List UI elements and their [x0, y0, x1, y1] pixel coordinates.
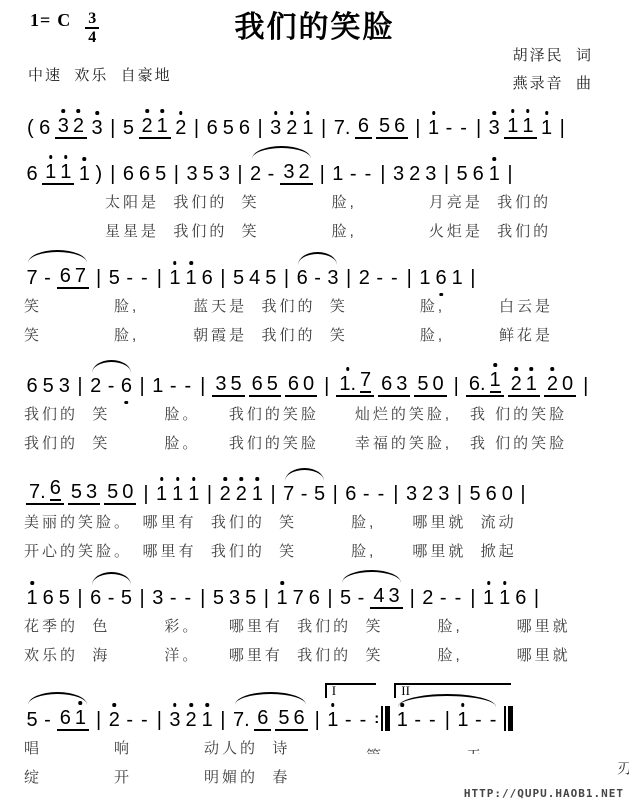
octave-dot-above	[493, 363, 497, 367]
octave-dot-above	[145, 109, 149, 113]
barline: |	[157, 709, 162, 731]
barline: |	[320, 163, 325, 185]
note: 1	[152, 375, 163, 397]
key-prefix: 1=	[30, 10, 51, 31]
note: 6	[139, 163, 150, 185]
octave-dot-above	[401, 703, 405, 707]
note: 3	[215, 373, 226, 395]
note: 6	[90, 587, 101, 609]
music-line-6: 165|6-5|3--|535|176|5-43|2--|116|	[0, 570, 629, 612]
barline: |	[507, 163, 512, 185]
lyric-line-verse1: 花季的 色 彩。 哪里有 我们的 笑 脸, 哪里就	[0, 613, 629, 641]
barline: |	[284, 267, 289, 289]
barline: |	[140, 375, 145, 397]
key-signature: 1= C 3 4	[30, 10, 99, 46]
note: 7.	[233, 709, 250, 731]
octave-dot-above	[290, 111, 294, 115]
note: 1	[507, 115, 518, 137]
partial-covered-char: 天	[466, 745, 481, 754]
lyric-line-verse2: 开心的笑脸。 哪里有 我们的 笑 脸, 哪里就 掀起	[0, 538, 629, 566]
note: 6	[436, 267, 447, 289]
octave-dot-above	[331, 703, 335, 707]
note: 5	[121, 587, 132, 609]
note: 7	[283, 483, 294, 505]
beam-group: 7.6	[26, 477, 64, 505]
slur-group: 7-67	[24, 265, 91, 289]
note: 1	[157, 115, 168, 137]
octave-dot-above	[160, 109, 164, 113]
note: 6	[202, 267, 213, 289]
note: 2	[142, 115, 153, 137]
octave-dot-above	[432, 111, 436, 115]
note: 1	[79, 163, 90, 185]
note: 2	[73, 115, 84, 137]
beam-group: 6.1	[466, 369, 504, 397]
barline: |	[77, 587, 82, 609]
barline: |	[520, 483, 525, 505]
edge-partial-char: 刃	[617, 757, 629, 778]
beam-group: 32	[280, 161, 312, 185]
barline: |	[77, 375, 82, 397]
note: 5	[109, 267, 120, 289]
note: 2	[359, 267, 370, 289]
barline: |	[200, 587, 205, 609]
barline: |	[327, 587, 332, 609]
note: 6	[27, 163, 38, 185]
beam-group: 43	[370, 585, 402, 609]
octave-dot-above	[551, 367, 555, 371]
dash: -	[363, 483, 370, 505]
note: 2	[422, 483, 433, 505]
octave-dot-above	[176, 477, 180, 481]
note: 7	[75, 265, 86, 287]
barline: |	[207, 483, 212, 505]
dash: -	[440, 587, 447, 609]
octave-dot-above	[530, 367, 534, 371]
barline: |	[321, 117, 326, 139]
barline: |	[393, 483, 398, 505]
volta-bracket: I1--	[325, 709, 370, 731]
slur-group: 7.656	[231, 707, 310, 731]
dash: -	[345, 709, 352, 731]
note: 5	[379, 115, 390, 137]
time-denominator: 4	[85, 29, 99, 46]
note: 5	[470, 483, 481, 505]
note: 1	[188, 483, 199, 505]
time-signature: 3 4	[85, 10, 99, 46]
note: 6	[394, 115, 405, 137]
note: 7	[293, 587, 304, 609]
volta-bracket: II1--|1--	[394, 709, 500, 731]
octave-dot-above	[64, 155, 68, 159]
note: 3	[406, 483, 417, 505]
barline: |	[96, 709, 101, 731]
composer-credit: 燕录音 曲	[513, 72, 593, 93]
lyric-line-verse2: 笑 脸, 朝霞是 我们的 笑 脸, 鲜花是	[0, 322, 629, 350]
barline: |	[220, 709, 225, 731]
note: 2	[90, 375, 101, 397]
octave-dot-above	[306, 111, 310, 115]
note: 6	[293, 707, 304, 729]
note: 1	[202, 709, 213, 731]
note: 7	[27, 267, 38, 289]
note: 6	[27, 375, 38, 397]
note: 3	[388, 585, 399, 607]
note: 1	[75, 707, 86, 729]
note: 6	[257, 707, 268, 729]
note: 2	[298, 161, 309, 183]
dash: -	[126, 267, 133, 289]
note: 5	[43, 375, 54, 397]
octave-dot-above	[511, 109, 515, 113]
octave-dot-above	[95, 111, 99, 115]
octave-dot-above	[461, 703, 465, 707]
note: 3	[489, 117, 500, 139]
note: 3	[169, 709, 180, 731]
octave-dot-above	[83, 157, 87, 161]
beam-group: 50	[104, 481, 136, 505]
octave-dot-above	[160, 477, 164, 481]
note: 1	[186, 267, 197, 289]
note: 2	[109, 709, 120, 731]
slur-group: 2-32	[248, 161, 315, 185]
note: 5	[340, 587, 351, 609]
dash: -	[376, 267, 383, 289]
octave-dot-above	[189, 261, 193, 265]
barline: |	[454, 375, 459, 397]
music-line-1: (6323|5212|656|321|7.656|1--|3111|	[0, 100, 629, 142]
note: 6	[288, 373, 299, 395]
dash: -	[268, 163, 275, 185]
slur-group: 5-43	[338, 585, 405, 609]
note: 1	[252, 483, 263, 505]
octave-dot-above	[173, 703, 177, 707]
octave-dot-above	[223, 477, 227, 481]
octave-dot-below	[125, 401, 129, 405]
beam-group: 56	[376, 115, 408, 139]
dash: -	[391, 267, 398, 289]
octave-dot-above	[79, 701, 83, 705]
note: 6	[358, 115, 369, 137]
barline: |	[445, 709, 450, 731]
note: 2	[220, 483, 231, 505]
slur-group: 6-5	[88, 587, 135, 609]
note: 7.	[29, 481, 46, 503]
dash: -	[429, 709, 436, 731]
octave-dot-above	[179, 111, 183, 115]
paren: (	[27, 117, 34, 139]
note: 1	[541, 117, 552, 139]
barline: |	[457, 483, 462, 505]
beam-group: 53	[68, 481, 100, 505]
dash: -	[360, 709, 367, 731]
tempo-marking: 中速 欢乐 自豪地	[28, 64, 172, 85]
note: 1	[490, 369, 501, 393]
note: 1	[169, 267, 180, 289]
note: 2	[422, 587, 433, 609]
octave-dot-above	[240, 477, 244, 481]
beam-group: 61	[57, 707, 89, 731]
octave-dot-above	[280, 581, 284, 585]
octave-dot-above	[493, 157, 497, 161]
dash: -	[414, 709, 421, 731]
note: 1	[419, 267, 430, 289]
note: 7	[360, 369, 371, 393]
octave-dot-above	[189, 703, 193, 707]
dash: -	[350, 163, 357, 185]
note: 6	[60, 707, 71, 729]
octave-dot-above	[62, 109, 66, 113]
octave-dot-above	[256, 477, 260, 481]
dash: -	[455, 587, 462, 609]
note: 2	[547, 373, 558, 395]
note: 1	[483, 587, 494, 609]
octave-dot-below	[439, 293, 443, 297]
dash: -	[185, 375, 192, 397]
song-title: 我们的笑脸	[235, 2, 395, 46]
beam-group: 63	[378, 373, 410, 397]
note: 2	[175, 117, 186, 139]
sheet-music-page: 1= C 3 4 我们的笑脸 胡泽民 词 中速 欢乐 自豪地 燕录音 曲 (63…	[0, 0, 629, 805]
music-line-5: 7.65350|111|221|7-5|6--|323|560|	[0, 462, 629, 508]
note: 4	[249, 267, 260, 289]
dash: -	[141, 267, 148, 289]
beam-group: 11	[42, 161, 74, 185]
note: 3	[396, 373, 407, 395]
note: 5	[314, 483, 325, 505]
paren: )	[96, 163, 103, 185]
repeat-end-barline: :	[374, 706, 390, 731]
note: 3	[58, 115, 69, 137]
octave-dot-above	[77, 109, 81, 113]
note: 5	[27, 709, 38, 731]
note: 1.	[339, 373, 356, 395]
dash: -	[301, 483, 308, 505]
dash: -	[170, 375, 177, 397]
note: 1	[428, 117, 439, 139]
note: 2	[186, 709, 197, 731]
octave-dot-above	[113, 703, 117, 707]
barline: |	[200, 375, 205, 397]
watermark-url: HTTP://QUPU.HAOB1.NET	[464, 787, 624, 800]
beam-group: 21	[139, 115, 171, 139]
note: 4	[373, 585, 384, 607]
note: 3	[152, 587, 163, 609]
barline: |	[583, 375, 588, 397]
lyric-line-verse1: 太阳是 我们的 笑 脸, 月亮是 我们的	[0, 189, 629, 217]
octave-dot-above	[487, 581, 491, 585]
lyricist-credit: 胡泽民 词	[513, 44, 593, 65]
note: 2	[286, 117, 297, 139]
beam-group: 56	[275, 707, 307, 731]
note: 6	[239, 117, 250, 139]
note: 5	[231, 373, 242, 395]
barline: |	[444, 163, 449, 185]
note: 3	[59, 375, 70, 397]
octave-dot-above	[492, 111, 496, 115]
barline: |	[96, 267, 101, 289]
note: 1	[526, 373, 537, 395]
barline: |	[257, 117, 262, 139]
octave-dot-above	[346, 367, 350, 371]
note: 6	[43, 587, 54, 609]
beam-group: 6	[254, 707, 271, 731]
note: 1	[397, 709, 408, 731]
beam-group: 60	[285, 373, 317, 397]
barline: |	[315, 709, 320, 731]
note: 5	[107, 481, 118, 503]
beam-group: 32	[55, 115, 87, 139]
note: 5	[265, 267, 276, 289]
music-line-7: 5-61|2--|321|7.656|I1--:II1--|1--	[0, 674, 629, 734]
barline: |	[534, 587, 539, 609]
lyric-line-verse2: 星星是 我们的 笑 脸, 火炬是 我们的	[0, 218, 629, 246]
slur-group: 5-61	[24, 707, 91, 731]
beam-group: 1.7	[336, 369, 374, 397]
lyric-line-verse1: 笑 脸, 蓝天是 我们的 笑 脸, 白云是	[0, 293, 629, 321]
barline: |	[470, 587, 475, 609]
note: 1	[452, 267, 463, 289]
note: 0	[122, 481, 133, 503]
note: 6	[297, 267, 308, 289]
barline: |	[157, 267, 162, 289]
note: 3	[186, 163, 197, 185]
barline: |	[140, 587, 145, 609]
dash: -	[44, 267, 51, 289]
octave-dot-above	[514, 367, 518, 371]
dash: -	[490, 709, 497, 731]
note: 5	[59, 587, 70, 609]
note: 3	[393, 163, 404, 185]
barline: |	[220, 267, 225, 289]
beam-group: 65	[249, 373, 281, 397]
note: 6	[515, 587, 526, 609]
octave-dot-above	[274, 111, 278, 115]
dash: -	[460, 117, 467, 139]
note: 1	[457, 709, 468, 731]
slur-group: 1--|1--	[394, 709, 500, 731]
barline: |	[194, 117, 199, 139]
note: 1	[276, 587, 287, 609]
note: 6	[50, 477, 61, 501]
note: 5	[267, 373, 278, 395]
music-line-4: 653|2-6|1--|356560|1.76350|6.12120|	[0, 354, 629, 400]
note: 1	[489, 163, 500, 185]
note: 3	[92, 117, 103, 139]
note: 0	[433, 373, 444, 395]
note: 2	[511, 373, 522, 395]
barline: |	[560, 117, 565, 139]
note: 1	[332, 163, 343, 185]
beam-group: 67	[57, 265, 89, 289]
dash: -	[314, 267, 321, 289]
note: 6.	[469, 373, 486, 395]
note: 6	[123, 163, 134, 185]
note: 0	[502, 483, 513, 505]
note: 6	[207, 117, 218, 139]
note: 5	[457, 163, 468, 185]
barline: |	[333, 483, 338, 505]
music-line-2: 6111)|665|353|2-32|1--|323|561|	[0, 146, 629, 188]
note: 6	[345, 483, 356, 505]
octave-dot-above	[503, 581, 507, 585]
barline: |	[174, 163, 179, 185]
beam-group: 35	[212, 373, 244, 397]
volta-label: I	[332, 684, 336, 697]
barline: |	[380, 163, 385, 185]
lyric-line-verse2: 我们的 笑 脸。 我们的笑脸 幸福的笑脸, 我 们的笑脸	[0, 430, 629, 458]
lyric-line-verse1: 我们的 笑 脸。 我们的笑脸 灿烂的笑脸, 我 们的笑脸	[0, 401, 629, 429]
lyric-line-verse1: 美丽的笑脸。 哪里有 我们的 笑 脸, 哪里就 流动	[0, 509, 629, 537]
note: 5	[417, 373, 428, 395]
barline: |	[410, 587, 415, 609]
note: 5	[245, 587, 256, 609]
dash: -	[141, 709, 148, 731]
music-line-3: 7-67|5--|116|545|6-3|2--|161|	[0, 250, 629, 292]
dash: -	[475, 709, 482, 731]
barline: |	[110, 163, 115, 185]
beam-group: 11	[504, 115, 536, 139]
beam-group: 21	[508, 373, 540, 397]
note: 5	[278, 707, 289, 729]
dash: -	[365, 163, 372, 185]
note: 5	[123, 117, 134, 139]
lyric-line-verse1: 唱 响 动人的 诗	[0, 735, 629, 763]
slur-group: 6-3	[294, 267, 341, 289]
note: 1	[172, 483, 183, 505]
dash: -	[358, 587, 365, 609]
note: 6	[486, 483, 497, 505]
octave-dot-above	[30, 581, 34, 585]
note: 6	[309, 587, 320, 609]
dash: -	[446, 117, 453, 139]
note: 1	[45, 161, 56, 183]
note: 3	[438, 483, 449, 505]
octave-dot-above	[526, 109, 530, 113]
slur-group: 2-6	[88, 375, 135, 397]
barline: |	[346, 267, 351, 289]
note: 1	[60, 161, 71, 183]
note: 3	[425, 163, 436, 185]
barline: |	[324, 375, 329, 397]
octave-dot-above	[192, 477, 196, 481]
key-letter: C	[57, 10, 71, 31]
header: 1= C 3 4 我们的笑脸 胡泽民 词 中速 欢乐 自豪地 燕录音 曲	[0, 0, 629, 96]
note: 3	[219, 163, 230, 185]
final-barline	[504, 706, 513, 731]
beam-group: 50	[414, 373, 446, 397]
note: 5	[71, 481, 82, 503]
barline: |	[470, 267, 475, 289]
dash: -	[108, 587, 115, 609]
note: 7.	[334, 117, 351, 139]
slur-group: 7-5	[281, 483, 328, 505]
note: 0	[562, 373, 573, 395]
note: 1	[327, 709, 338, 731]
barline: |	[476, 117, 481, 139]
note: 5	[155, 163, 166, 185]
lyric-line-verse2: 欢乐的 海 洋。 哪里有 我们的 笑 脸, 哪里就	[0, 642, 629, 670]
note: 1	[27, 587, 38, 609]
octave-dot-above	[205, 703, 209, 707]
note: 5	[223, 117, 234, 139]
note: 3	[327, 267, 338, 289]
note: 3	[283, 161, 294, 183]
note: 3	[229, 587, 240, 609]
octave-dot-above	[49, 155, 53, 159]
note: 2	[250, 163, 261, 185]
note: 6	[60, 265, 71, 287]
